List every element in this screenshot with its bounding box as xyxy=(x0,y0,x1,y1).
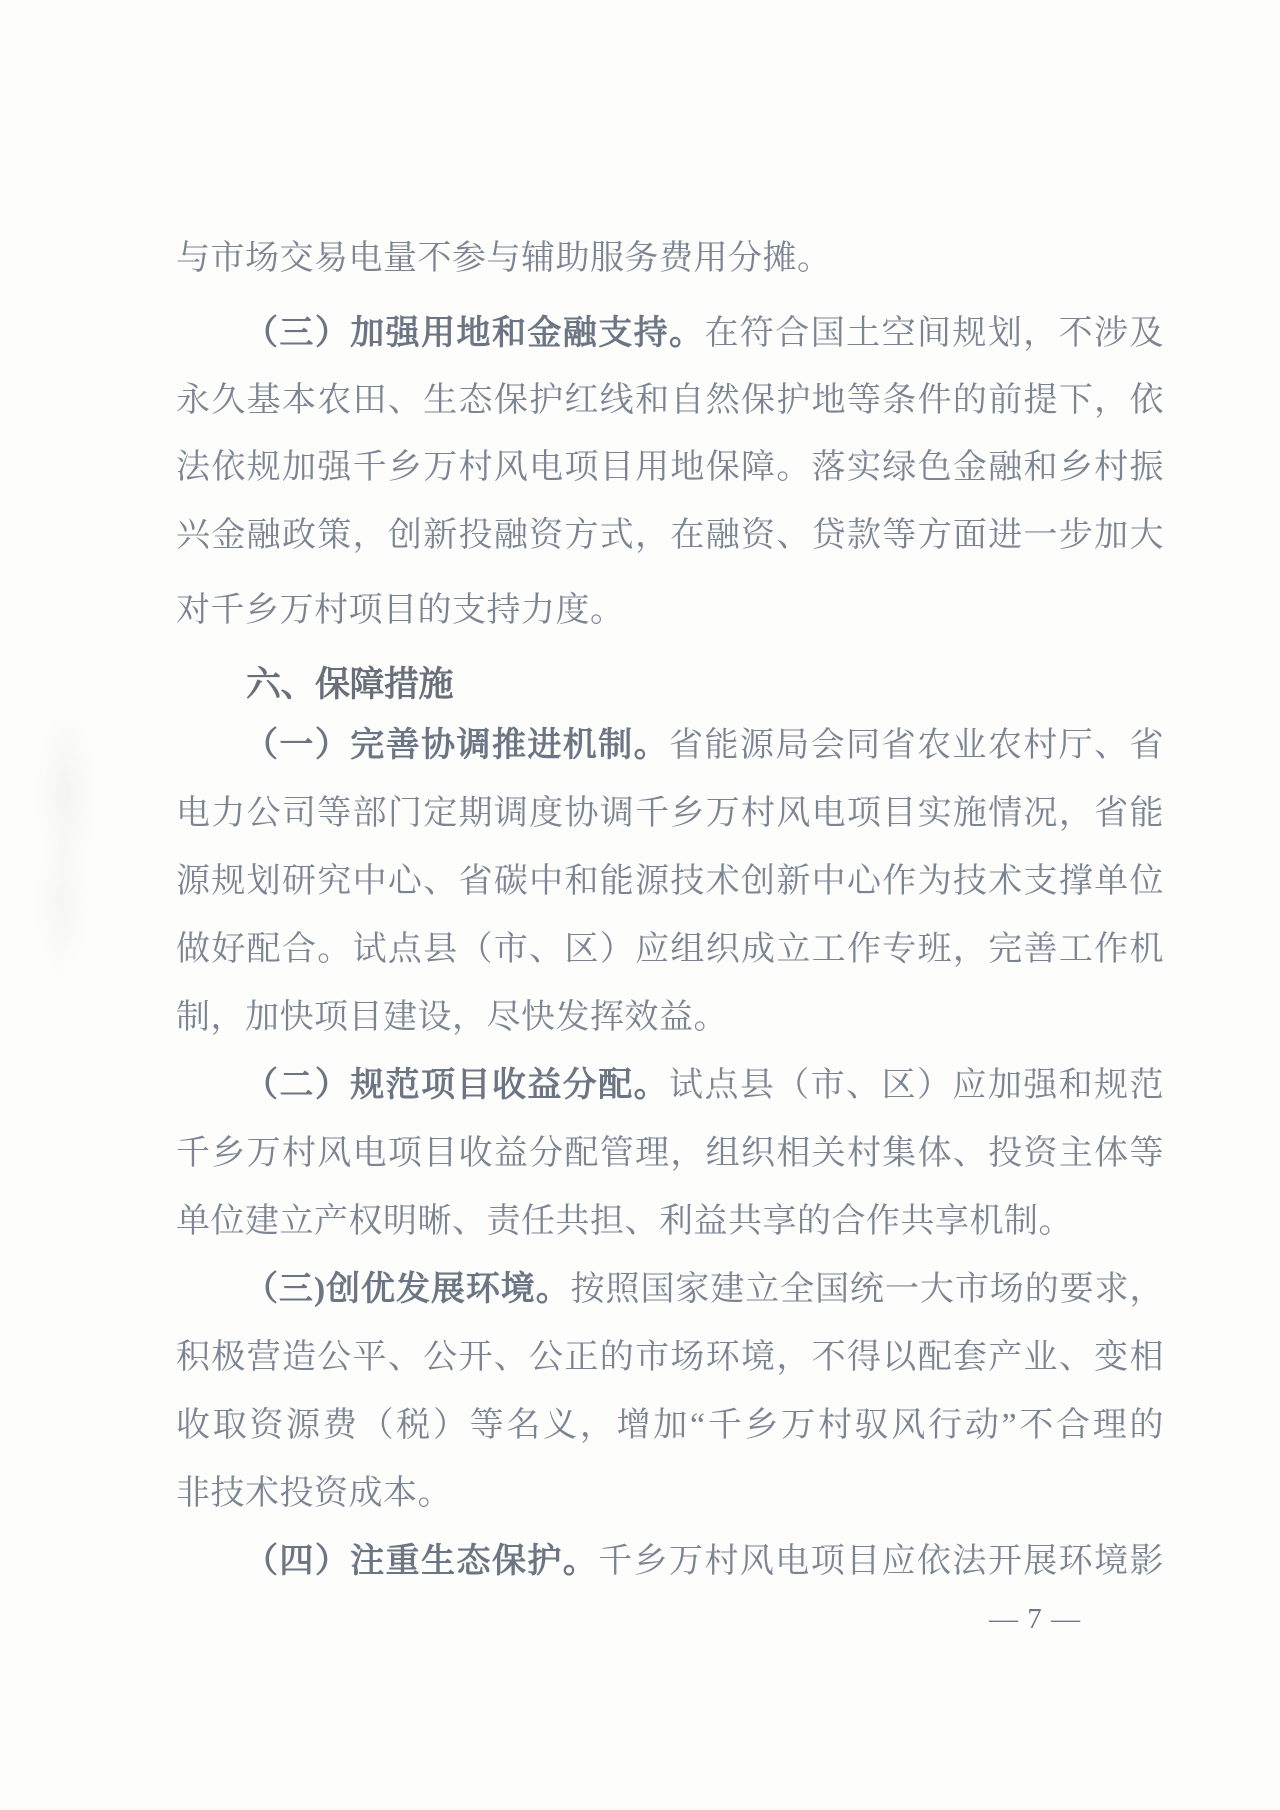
text-line: 永久基本农田、生态保护红线和自然保护地等条件的前提下，依 xyxy=(176,381,1164,425)
paragraph-lead: （三）加强用地和金融支持。 xyxy=(244,315,704,352)
page-number: — 7 — xyxy=(975,1603,1095,1636)
section-heading: 六、保障措施 xyxy=(176,657,1164,707)
text-line: 制，加快项目建设，尽快发挥效益。 xyxy=(176,998,1164,1042)
text-line: 积极营造公平、公开、公正的市场环境，不得以配套产业、变相 xyxy=(176,1338,1164,1382)
paragraph-text: 在符合国土空间规划，不涉及 xyxy=(704,315,1164,352)
text-line: 兴金融政策，创新投融资方式，在融资、贷款等方面进一步加大 xyxy=(176,516,1164,560)
paragraph-text: 按照国家建立全国统一大市场的要求， xyxy=(571,1271,1164,1308)
paragraph-text: 千乡万村风电项目应依法开展环境影 xyxy=(598,1543,1164,1580)
text-line: 单位建立产权明晰、责任共担、利益共享的合作共享机制。 xyxy=(176,1202,1164,1246)
paragraph-lead: （二）规范项目收益分配。 xyxy=(244,1067,669,1104)
document-page: 与市场交易电量不参与辅助服务费用分摊。 （三）加强用地和金融支持。在符合国土空间… xyxy=(0,0,1280,1810)
text-line: 对千乡万村项目的支持力度。 xyxy=(176,591,1164,635)
scan-smudge-artifact xyxy=(18,670,98,980)
text-line: （四）注重生态保护。千乡万村风电项目应依法开展环境影 xyxy=(176,1542,1164,1586)
text-line: （一）完善协调推进机制。省能源局会同省农业农村厅、省 xyxy=(176,726,1164,770)
text-line: （二）规范项目收益分配。试点县（市、区）应加强和规范 xyxy=(176,1066,1164,1110)
paragraph-text: 省能源局会同省农业农村厅、省 xyxy=(669,727,1164,764)
paragraph-lead: （三)创优发展环境。 xyxy=(244,1271,571,1308)
text-line: 电力公司等部门定期调度协调千乡万村风电项目实施情况，省能 xyxy=(176,794,1164,838)
text-line: 与市场交易电量不参与辅助服务费用分摊。 xyxy=(176,239,1164,283)
paragraph-text: 试点县（市、区）应加强和规范 xyxy=(669,1067,1164,1104)
text-line: 收取资源费（税）等名义，增加“千乡万村驭风行动”不合理的 xyxy=(176,1406,1164,1450)
document-text-block: 与市场交易电量不参与辅助服务费用分摊。 （三）加强用地和金融支持。在符合国土空间… xyxy=(176,0,1164,1810)
paragraph-lead: （四）注重生态保护。 xyxy=(244,1543,598,1580)
paragraph-lead: （一）完善协调推进机制。 xyxy=(244,727,669,764)
text-line: 非技术投资成本。 xyxy=(176,1474,1164,1518)
text-line: 法依规加强千乡万村风电项目用地保障。落实绿色金融和乡村振 xyxy=(176,448,1164,492)
text-line: （三)创优发展环境。按照国家建立全国统一大市场的要求， xyxy=(176,1270,1164,1314)
text-line: 源规划研究中心、省碳中和能源技术创新中心作为技术支撑单位 xyxy=(176,862,1164,906)
text-line: 千乡万村风电项目收益分配管理，组织相关村集体、投资主体等 xyxy=(176,1134,1164,1178)
text-line: 做好配合。试点县（市、区）应组织成立工作专班，完善工作机 xyxy=(176,930,1164,974)
text-line: （三）加强用地和金融支持。在符合国土空间规划，不涉及 xyxy=(176,314,1164,358)
